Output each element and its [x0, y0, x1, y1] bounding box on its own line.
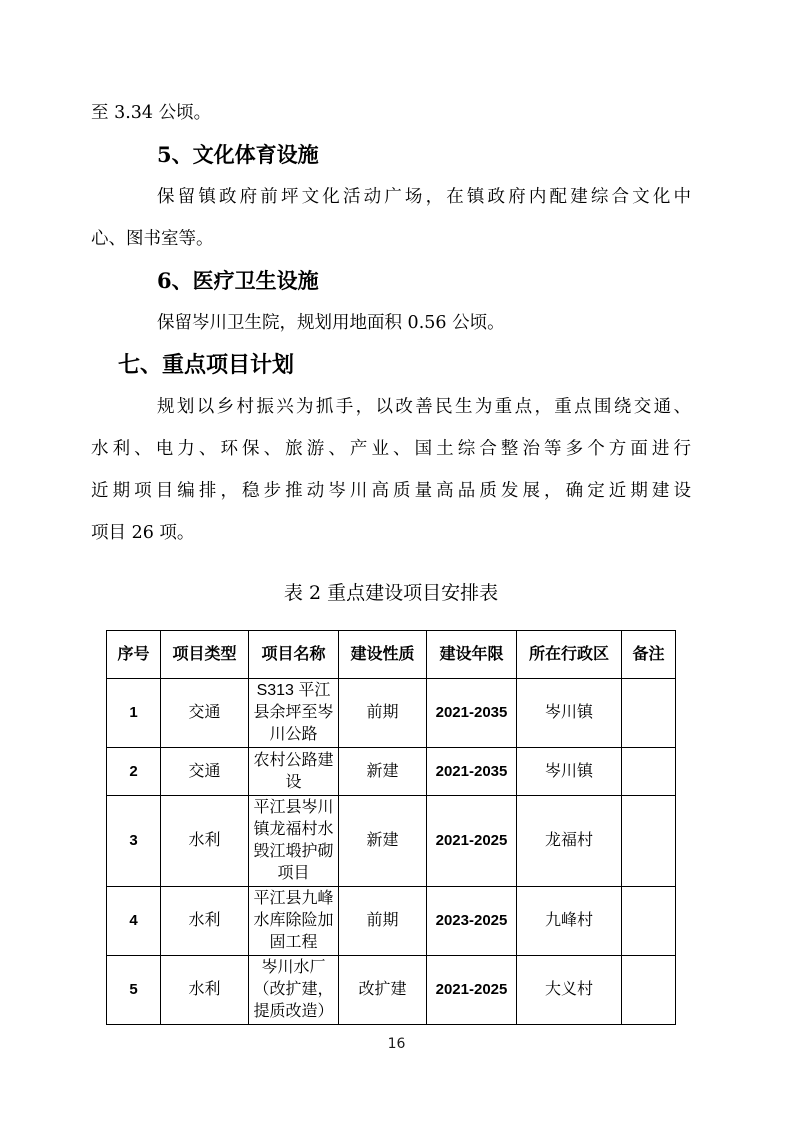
col-header-construction-years: 建设年限	[427, 631, 517, 679]
cell-construction-years: 2021-2035	[427, 748, 517, 796]
paragraph-line: 项目 26 项。	[91, 512, 691, 554]
page-number: 16	[0, 1036, 793, 1052]
cell-project-name: 岑川水厂（改扩建，提质改造）	[249, 956, 339, 1025]
paragraph-line: 保留镇政府前坪文化活动广场，在镇政府内配建综合文化中	[91, 176, 691, 218]
cell-construction-years: 2021-2025	[427, 796, 517, 887]
cell-project-name: 平江县岑川镇龙福村水毁江塅护砌项目	[249, 796, 339, 887]
table-row: 2 交通 农村公路建设 新建 2021-2035 岑川镇	[107, 748, 676, 796]
page-content: 至 3.34 公顷。 5、文化体育设施 保留镇政府前坪文化活动广场，在镇政府内配…	[0, 0, 793, 1025]
table-row: 5 水利 岑川水厂（改扩建，提质改造） 改扩建 2021-2025 大义村	[107, 956, 676, 1025]
col-header-construction-nature: 建设性质	[339, 631, 427, 679]
heading-culture-sports-facilities: 5、文化体育设施	[157, 134, 691, 176]
cell-construction-nature: 前期	[339, 887, 427, 956]
cell-seq: 1	[107, 679, 161, 748]
cell-project-name: 平江县九峰水库除险加固工程	[249, 887, 339, 956]
cell-project-type: 水利	[161, 956, 249, 1025]
paragraph-line: 心、图书室等。	[91, 218, 691, 260]
paragraph-line: 水利、电力、环保、旅游、产业、国土综合整治等多个方面进行	[91, 428, 691, 470]
cell-construction-nature: 新建	[339, 748, 427, 796]
cell-construction-years: 2021-2025	[427, 956, 517, 1025]
cell-remarks	[622, 748, 676, 796]
cell-project-type: 交通	[161, 679, 249, 748]
table-header-row: 序号 项目类型 项目名称 建设性质 建设年限 所在行政区 备注	[107, 631, 676, 679]
cell-project-name: S313 平江县余坪至岑川公路	[249, 679, 339, 748]
cell-seq: 3	[107, 796, 161, 887]
cell-district: 龙福村	[517, 796, 622, 887]
cell-construction-years: 2021-2035	[427, 679, 517, 748]
paragraph-line: 保留岑川卫生院，规划用地面积 0.56 公顷。	[91, 302, 691, 344]
document-page: 至 3.34 公顷。 5、文化体育设施 保留镇政府前坪文化活动广场，在镇政府内配…	[0, 0, 793, 1122]
cell-district: 九峰村	[517, 887, 622, 956]
cell-remarks	[622, 956, 676, 1025]
cell-remarks	[622, 796, 676, 887]
cell-construction-years: 2023-2025	[427, 887, 517, 956]
cell-project-type: 水利	[161, 796, 249, 887]
cell-remarks	[622, 679, 676, 748]
col-header-district: 所在行政区	[517, 631, 622, 679]
col-header-project-type: 项目类型	[161, 631, 249, 679]
paragraph-medical-health: 保留岑川卫生院，规划用地面积 0.56 公顷。	[91, 302, 691, 344]
paragraph-line: 规划以乡村振兴为抓手，以改善民生为重点，重点围绕交通、	[91, 386, 691, 428]
cell-construction-nature: 前期	[339, 679, 427, 748]
cell-construction-nature: 改扩建	[339, 956, 427, 1025]
key-projects-table: 序号 项目类型 项目名称 建设性质 建设年限 所在行政区 备注 1 交通 S31…	[106, 630, 676, 1025]
cell-seq: 5	[107, 956, 161, 1025]
table-caption: 表 2 重点建设项目安排表	[91, 572, 691, 614]
paragraph-culture-sports: 保留镇政府前坪文化活动广场，在镇政府内配建综合文化中 心、图书室等。	[91, 176, 691, 260]
cell-project-type: 水利	[161, 887, 249, 956]
col-header-remarks: 备注	[622, 631, 676, 679]
cell-district: 岑川镇	[517, 679, 622, 748]
heading-key-projects-plan: 七、重点项目计划	[118, 344, 691, 386]
cell-district: 岑川镇	[517, 748, 622, 796]
table-row: 1 交通 S313 平江县余坪至岑川公路 前期 2021-2035 岑川镇	[107, 679, 676, 748]
cell-seq: 2	[107, 748, 161, 796]
paragraph-key-projects: 规划以乡村振兴为抓手，以改善民生为重点，重点围绕交通、 水利、电力、环保、旅游、…	[91, 386, 691, 554]
cell-district: 大义村	[517, 956, 622, 1025]
cell-seq: 4	[107, 887, 161, 956]
cell-project-name: 农村公路建设	[249, 748, 339, 796]
paragraph-continuation: 至 3.34 公顷。	[91, 92, 691, 134]
paragraph-line: 近期项目编排，稳步推动岑川高质量高品质发展，确定近期建设	[91, 470, 691, 512]
cell-project-type: 交通	[161, 748, 249, 796]
col-header-seq: 序号	[107, 631, 161, 679]
heading-medical-health-facilities: 6、医疗卫生设施	[157, 260, 691, 302]
col-header-project-name: 项目名称	[249, 631, 339, 679]
table-row: 3 水利 平江县岑川镇龙福村水毁江塅护砌项目 新建 2021-2025 龙福村	[107, 796, 676, 887]
cell-construction-nature: 新建	[339, 796, 427, 887]
cell-remarks	[622, 887, 676, 956]
table-row: 4 水利 平江县九峰水库除险加固工程 前期 2023-2025 九峰村	[107, 887, 676, 956]
